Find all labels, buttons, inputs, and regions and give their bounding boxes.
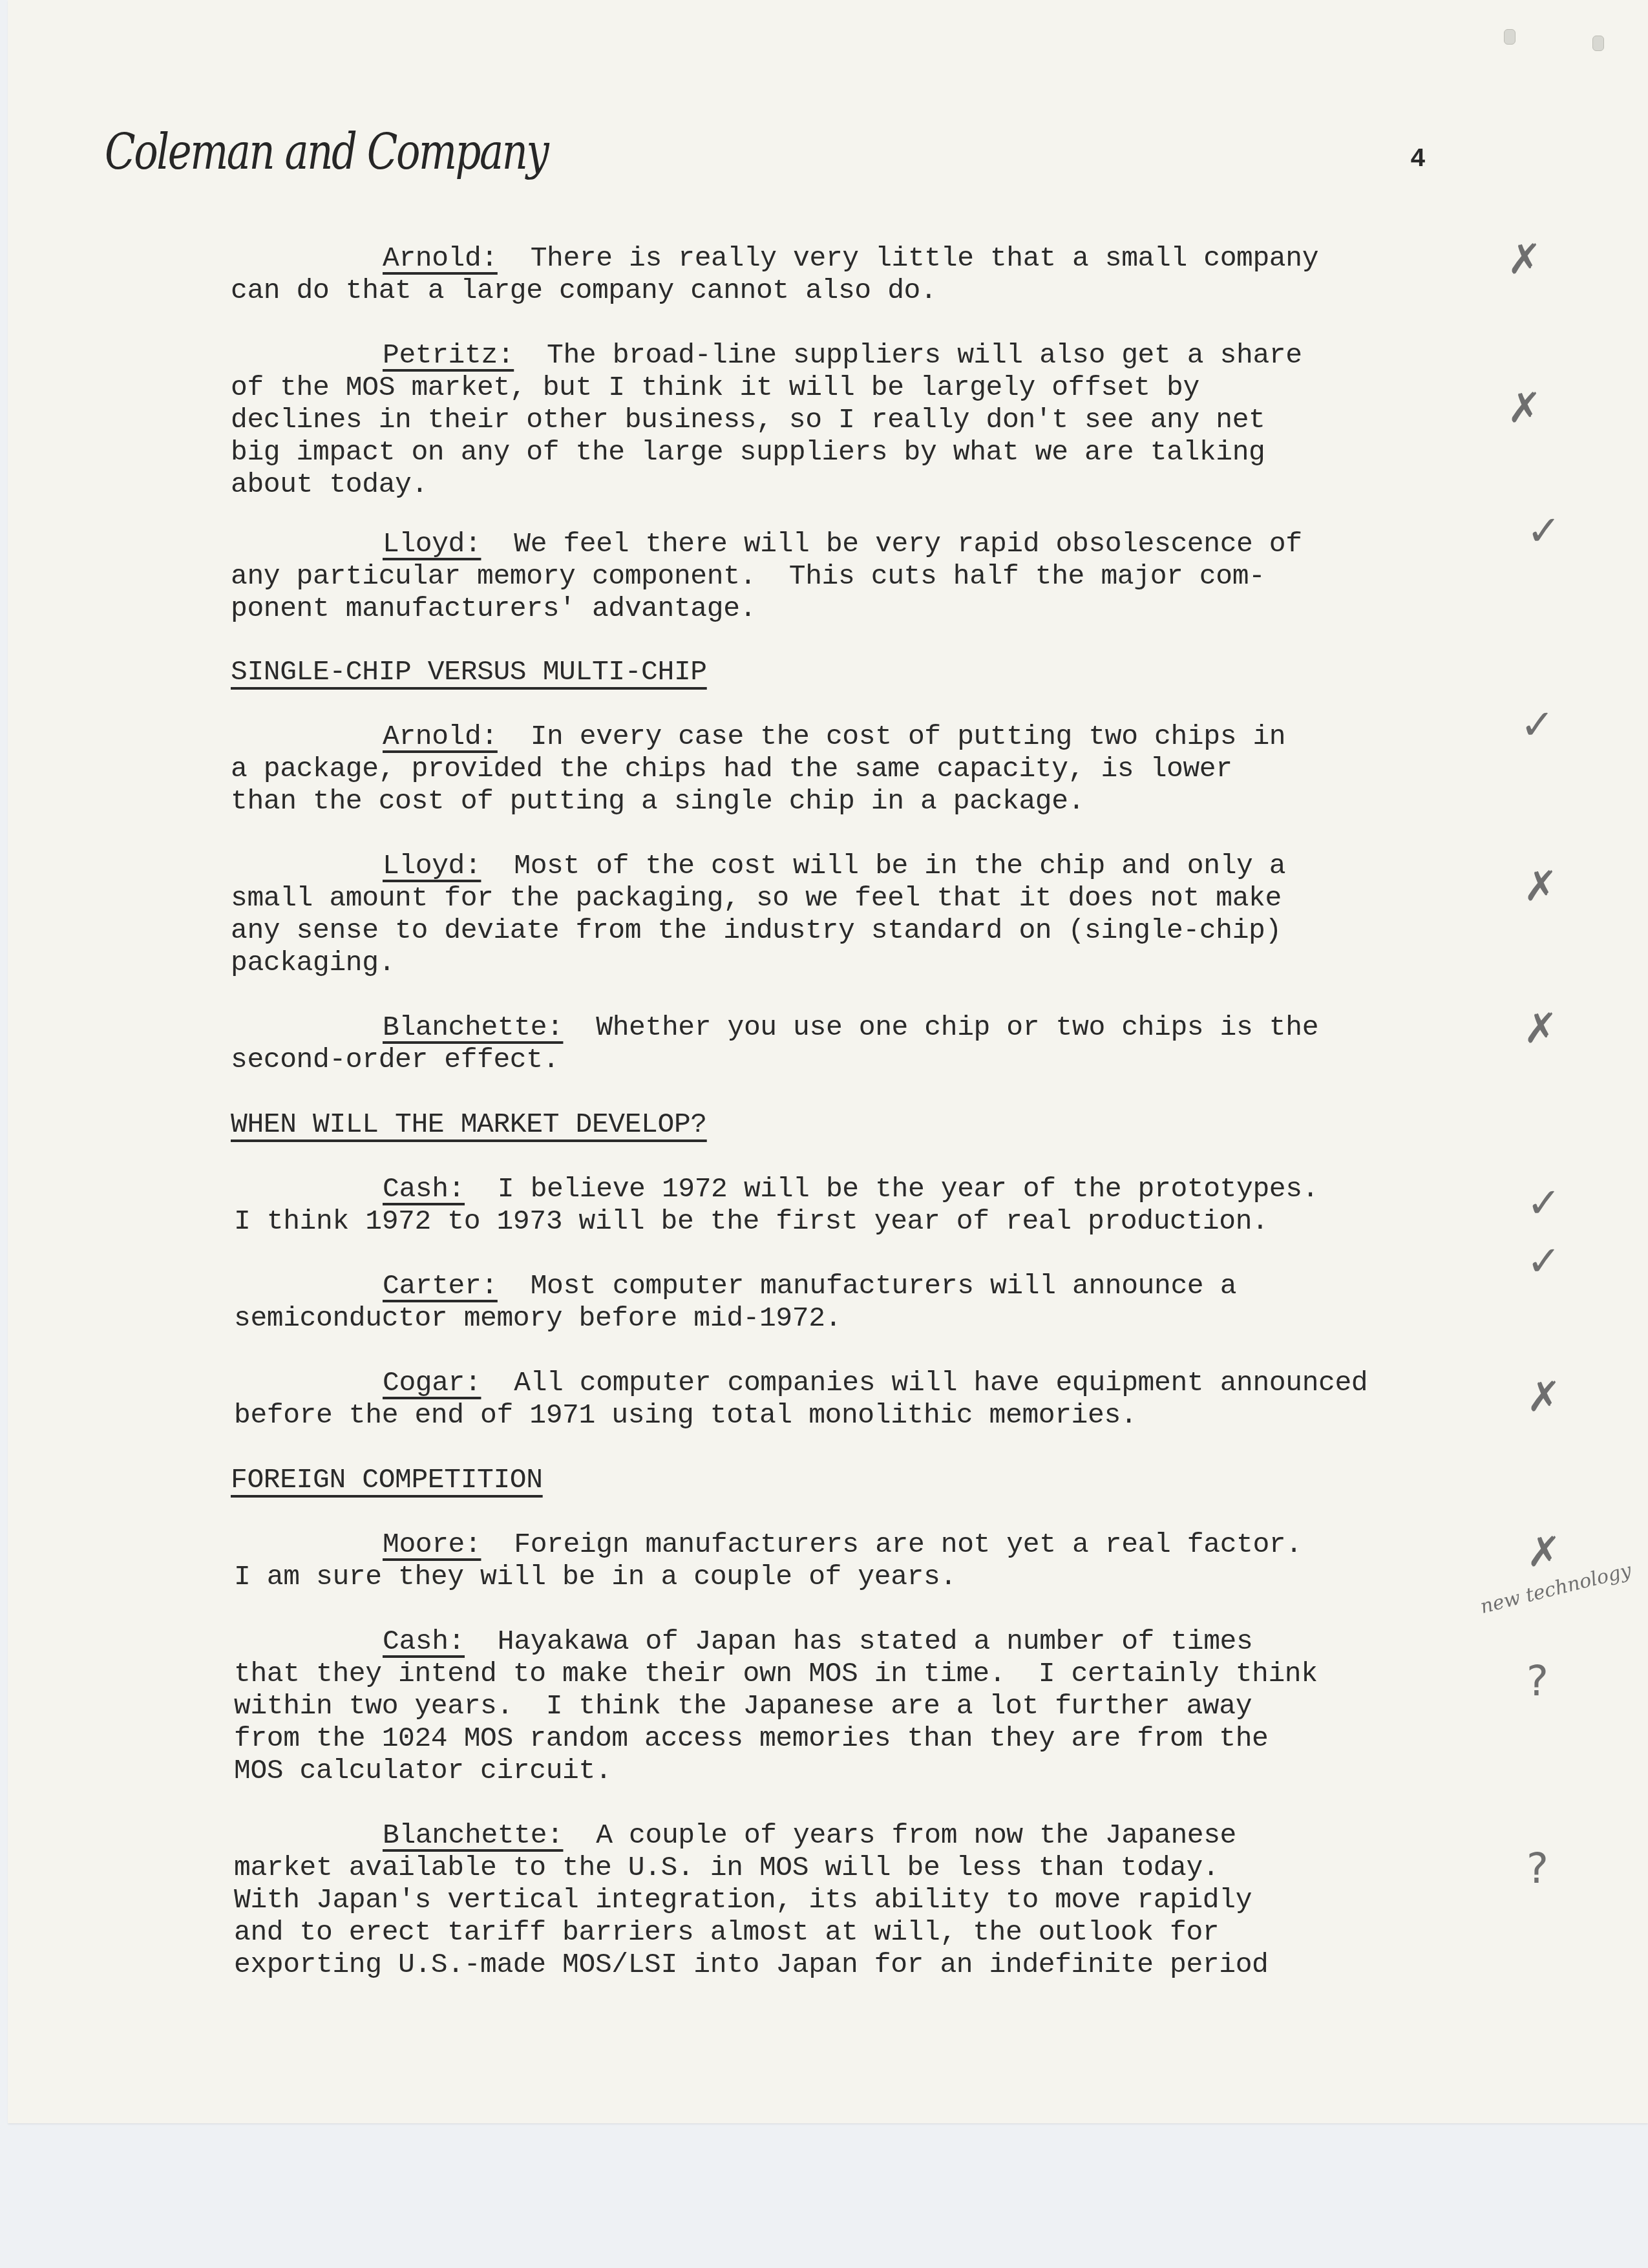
speaker-name: Cash: (383, 1626, 465, 1657)
margin-mark-icon: ✗ (1527, 1377, 1561, 1418)
quote-text: I believe 1972 will be the year of the p… (465, 1173, 1318, 1205)
margin-mark-icon: ✓ (1527, 511, 1561, 552)
speaker-name: Cash: (383, 1173, 465, 1205)
staple-hole (1592, 36, 1604, 51)
quote-line: market available to the U.S. in MOS will… (234, 1854, 1219, 1881)
speaker-name: Lloyd: (383, 850, 481, 882)
page-number: 4 (1410, 145, 1426, 175)
quote-first-line: Lloyd: We feel there will be very rapid … (383, 530, 1302, 558)
quote-first-line: Arnold: In every case the cost of puttin… (383, 723, 1285, 750)
quote-line: second-order effect. (231, 1046, 559, 1074)
speaker-name: Cogar: (383, 1367, 481, 1399)
section-heading: FOREIGN COMPETITION (231, 1466, 543, 1494)
margin-mark-icon: ✗ (1527, 1532, 1561, 1573)
quote-line: I am sure they will be in a couple of ye… (234, 1563, 956, 1591)
quote-line: any particular memory component. This cu… (231, 562, 1265, 590)
speaker-name: Moore: (383, 1529, 481, 1560)
quote-text: The broad-line suppliers will also get a… (514, 339, 1302, 371)
quote-line: than the cost of putting a single chip i… (231, 787, 1084, 815)
quote-first-line: Blanchette: A couple of years from now t… (383, 1821, 1236, 1849)
quote-line: With Japan's vertical integration, its a… (234, 1886, 1252, 1914)
margin-mark-icon: ✗ (1523, 866, 1558, 907)
quote-line: before the end of 1971 using total monol… (234, 1401, 1137, 1429)
quote-first-line: Moore: Foreign manufacturers are not yet… (383, 1531, 1302, 1558)
quote-text: Most computer manufacturers will announc… (498, 1270, 1236, 1302)
margin-mark-icon: ✓ (1527, 1241, 1561, 1282)
quote-first-line: Carter: Most computer manufacturers will… (383, 1272, 1236, 1300)
quote-first-line: Cash: I believe 1972 will be the year of… (383, 1175, 1318, 1203)
margin-mark-icon: ? (1527, 1849, 1548, 1890)
quote-first-line: Blanchette: Whether you use one chip or … (383, 1013, 1318, 1041)
quote-first-line: Petritz: The broad-line suppliers will a… (383, 341, 1302, 369)
speaker-name: Blanchette: (383, 1819, 563, 1851)
quote-line: packaging. (231, 949, 395, 977)
speaker-name: Carter: (383, 1270, 498, 1302)
letterhead: Coleman and Company (105, 123, 547, 180)
quote-text: A couple of years from now the Japanese (563, 1819, 1236, 1851)
quote-line: exporting U.S.-made MOS/LSI into Japan f… (234, 1951, 1268, 1978)
speaker-name: Arnold: (383, 721, 498, 752)
speaker-name: Arnold: (383, 242, 498, 274)
staple-hole (1504, 29, 1516, 45)
speaker-name: Lloyd: (383, 528, 481, 560)
speaker-name: Petritz: (383, 339, 514, 371)
speaker-name: Blanchette: (383, 1012, 563, 1043)
quote-line: any sense to deviate from the industry s… (231, 917, 1282, 944)
quote-first-line: Arnold: There is really very little that… (383, 244, 1318, 272)
quote-line: within two years. I think the Japanese a… (234, 1692, 1252, 1720)
margin-mark-icon: ✗ (1507, 239, 1542, 281)
quote-line: MOS calculator circuit. (234, 1757, 611, 1785)
quote-line: declines in their other business, so I r… (231, 406, 1265, 434)
quote-line: semiconductor memory before mid-1972. (234, 1304, 841, 1332)
quote-text: Most of the cost will be in the chip and… (481, 850, 1285, 882)
quote-line: and to erect tariff barriers almost at w… (234, 1918, 1219, 1946)
margin-mark-icon: ✓ (1527, 1183, 1561, 1224)
margin-mark-icon: ✗ (1523, 1008, 1558, 1050)
quote-line: that they intend to make their own MOS i… (234, 1660, 1318, 1688)
quote-text: In every case the cost of putting two ch… (498, 721, 1285, 752)
quote-line: of the MOS market, but I think it will b… (231, 374, 1199, 401)
quote-line: about today. (231, 471, 428, 498)
quote-text: All computer companies will have equipme… (481, 1367, 1368, 1399)
section-heading: WHEN WILL THE MARKET DEVELOP? (231, 1110, 707, 1138)
quote-text: Hayakawa of Japan has stated a number of… (465, 1626, 1252, 1657)
quote-text: Whether you use one chip or two chips is… (563, 1012, 1318, 1043)
quote-text: We feel there will be very rapid obsoles… (481, 528, 1302, 560)
quote-line: ponent manufacturers' advantage. (231, 595, 756, 622)
margin-mark-icon: ✗ (1507, 388, 1542, 429)
document-page: Coleman and Company 4 Arnold: There is r… (8, 0, 1648, 2123)
margin-mark-icon: ? (1527, 1661, 1548, 1702)
quote-text: Foreign manufacturers are not yet a real… (481, 1529, 1302, 1560)
quote-first-line: Cash: Hayakawa of Japan has stated a num… (383, 1627, 1252, 1655)
quote-first-line: Lloyd: Most of the cost will be in the c… (383, 852, 1285, 880)
quote-line: I think 1972 to 1973 will be the first y… (234, 1207, 1268, 1235)
section-heading: SINGLE-CHIP VERSUS MULTI-CHIP (231, 658, 707, 686)
quote-first-line: Cogar: All computer companies will have … (383, 1369, 1368, 1397)
quote-line: from the 1024 MOS random access memories… (234, 1724, 1268, 1752)
margin-mark-icon: ✓ (1520, 705, 1555, 746)
quote-line: a package, provided the chips had the sa… (231, 755, 1232, 783)
quote-line: small amount for the packaging, so we fe… (231, 884, 1282, 912)
quote-line: big impact on any of the large suppliers… (231, 438, 1265, 466)
quote-text: There is really very little that a small… (498, 242, 1318, 274)
quote-line: can do that a large company cannot also … (231, 277, 936, 304)
